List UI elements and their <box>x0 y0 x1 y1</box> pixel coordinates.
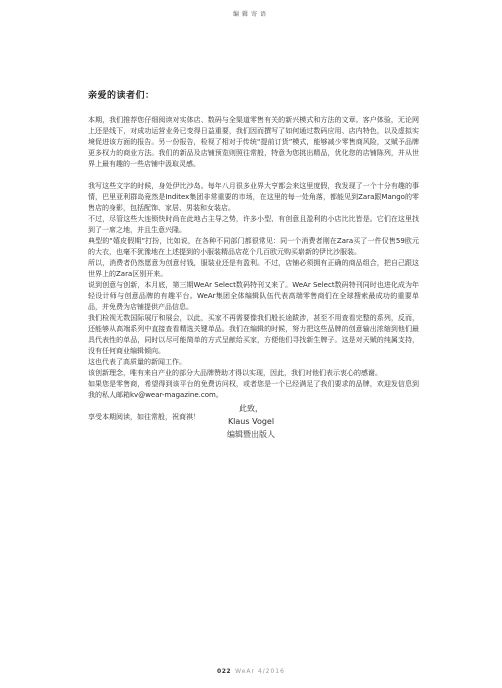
letter-paragraph: 典型的“嬉皮假期”打扮，比如说，在各种不同部门都很常见：同一个消费者刚在Zara… <box>88 236 419 258</box>
letter-paragraph: 本期，我们推荐您仔细阅读对实体店、数码与全渠道零售有关的新兴模式和方法的文章。客… <box>88 115 419 170</box>
letter-paragraph: 所以，消费者仍然愿意为创意付钱，服装业还是有盈利。不过，店铺必须拥有正确的商品组… <box>88 258 419 280</box>
letter-paragraph: 该创新理念，唯有来自产业的部分大品牌赞助才得以实现，因此，我们对他们表示衷心的感… <box>88 368 419 379</box>
signature-name: Klaus Vogel <box>0 415 502 428</box>
issue-label: WeAr 4/2016 <box>235 668 285 675</box>
editor-letter: 亲爱的读者们： 本期，我们推荐您仔细阅读对实体店、数码与全渠道零售有关的新兴模式… <box>88 88 419 423</box>
letter-paragraph: 如果您是零售商，希望得到该平台的免费访问权，或者您是一个已经满足了我们要求的品牌… <box>88 379 419 401</box>
signature-title: 编辑暨出版人 <box>0 428 502 441</box>
page-footer: 022WeAr 4/2016 <box>0 668 502 675</box>
letter-paragraph: 这也代表了高质量的新闻工作。 <box>88 357 419 368</box>
letter-paragraph: 说到创意与创新，本月底，第三期WeAr Select数码特刊又来了。WeAr S… <box>88 280 419 313</box>
page-number: 022 <box>217 668 231 675</box>
closing-block: 此致， Klaus Vogel 编辑暨出版人 <box>0 402 502 441</box>
letter-paragraph: 我写这些文字的时候，身处伊比沙岛。每年八月很多业界大亨都会来这里度假，我发现了一… <box>88 181 419 214</box>
closing-regards: 此致， <box>0 402 502 415</box>
letter-paragraph: 我们检视无数国际展厅和展会，以此，买家不再需要像我们般长途跋涉，甚至不用查看完整… <box>88 313 419 357</box>
section-label: 编辑寄语 <box>0 9 502 18</box>
letter-paragraph: 不过，尽管这些大连锁快时尚在此地占主导之势，许多小型、有创意且盈利的小店比比皆是… <box>88 214 419 236</box>
salutation: 亲爱的读者们： <box>88 88 419 101</box>
